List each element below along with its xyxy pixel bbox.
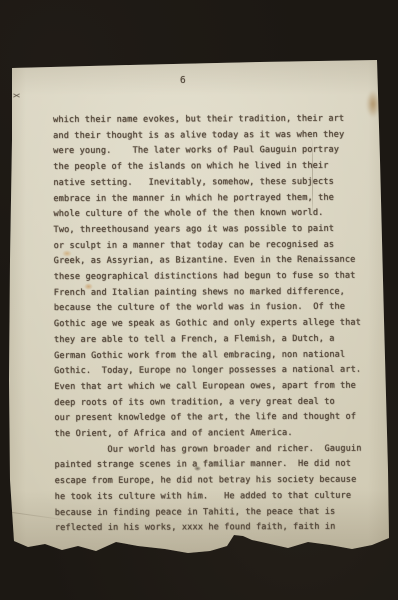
typed-text: which their name evokes, but their tradi…: [53, 112, 367, 537]
margin-pencil-mark: [13, 93, 20, 99]
stain-right-edge: [366, 90, 380, 118]
photo-background: 6 which their name evokes, but their tra…: [0, 0, 398, 600]
page-number: 6: [180, 75, 186, 86]
typescript-page: 6 which their name evokes, but their tra…: [0, 0, 398, 600]
